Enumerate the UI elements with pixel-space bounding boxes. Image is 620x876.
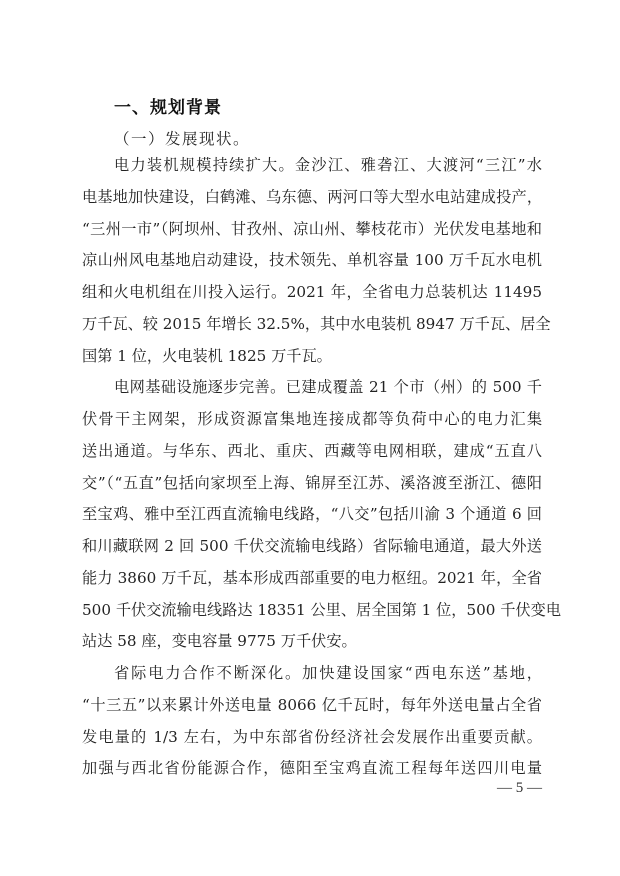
section-heading: 一、规划背景 (114, 93, 222, 118)
subsection-heading: （一）发展现状。 (114, 127, 250, 149)
paragraph-1-line: 电基地加快建设，白鹤滩、乌东德、两河口等大型水电站建成投产， (82, 182, 542, 214)
paragraph-2-line: 和川藏联网 2 回 500 千伏交流输电线路）省际输电通道，最大外送 (82, 531, 542, 563)
page-number: — 5 — (484, 780, 542, 797)
paragraph-2-line: 至宝鸡、雅中至江西直流输电线路，“八交”包括川渝 3 个通道 6 回 (82, 499, 542, 531)
paragraph-2-line: 能力 3860 万千瓦，基本形成西部重要的电力枢纽。2021 年，全省 (82, 563, 542, 595)
body-text: 电力装机规模持续扩大。金沙江、雅砻江、大渡河“三江”水 电基地加快建设，白鹤滩、… (82, 150, 542, 785)
paragraph-1-line: 万千瓦、较 2015 年增长 32.5%，其中水电装机 8947 万千瓦、居全 (82, 309, 542, 341)
paragraph-2-line: 伏骨干主网架，形成资源富集地连接成都等负荷中心的电力汇集 (82, 404, 542, 436)
paragraph-2-line: 500 千伏交流输电线路达 18351 公里、居全国第 1 位，500 千伏变电 (82, 595, 542, 627)
paragraph-3-line: 加强与西北省份能源合作，德阳至宝鸡直流工程每年送四川电量 (82, 753, 542, 785)
paragraph-1-line: “三州一市”（阿坝州、甘孜州、凉山州、攀枝花市）光伏发电基地和 (82, 214, 542, 246)
paragraph-1-line: 电力装机规模持续扩大。金沙江、雅砻江、大渡河“三江”水 (82, 150, 542, 182)
paragraph-1-line: 凉山州风电基地启动建设，技术领先、单机容量 100 万千瓦水电机 (82, 245, 542, 277)
paragraph-1-line: 组和火电机组在川投入运行。2021 年，全省电力总装机达 11495 (82, 277, 542, 309)
paragraph-2-line: 站达 58 座，变电容量 9775 万千伏安。 (82, 626, 542, 658)
paragraph-3-line: “十三五”以来累计外送电量 8066 亿千瓦时，每年外送电量占全省 (82, 690, 542, 722)
paragraph-2-line: 交”（“五直”包括向家坝至上海、锦屏至江苏、溪洛渡至浙江、德阳 (82, 468, 542, 500)
paragraph-1-line: 国第 1 位，火电装机 1825 万千瓦。 (82, 341, 542, 373)
paragraph-2-line: 送出通道。与华东、西北、重庆、西藏等电网相联，建成“五直八 (82, 436, 542, 468)
paragraph-3-line: 省际电力合作不断深化。加快建设国家“西电东送”基地， (82, 658, 542, 690)
paragraph-3-line: 发电量的 1/3 左右，为中东部省份经济社会发展作出重要贡献。 (82, 722, 542, 754)
paragraph-2-line: 电网基础设施逐步完善。已建成覆盖 21 个市（州）的 500 千 (82, 372, 542, 404)
